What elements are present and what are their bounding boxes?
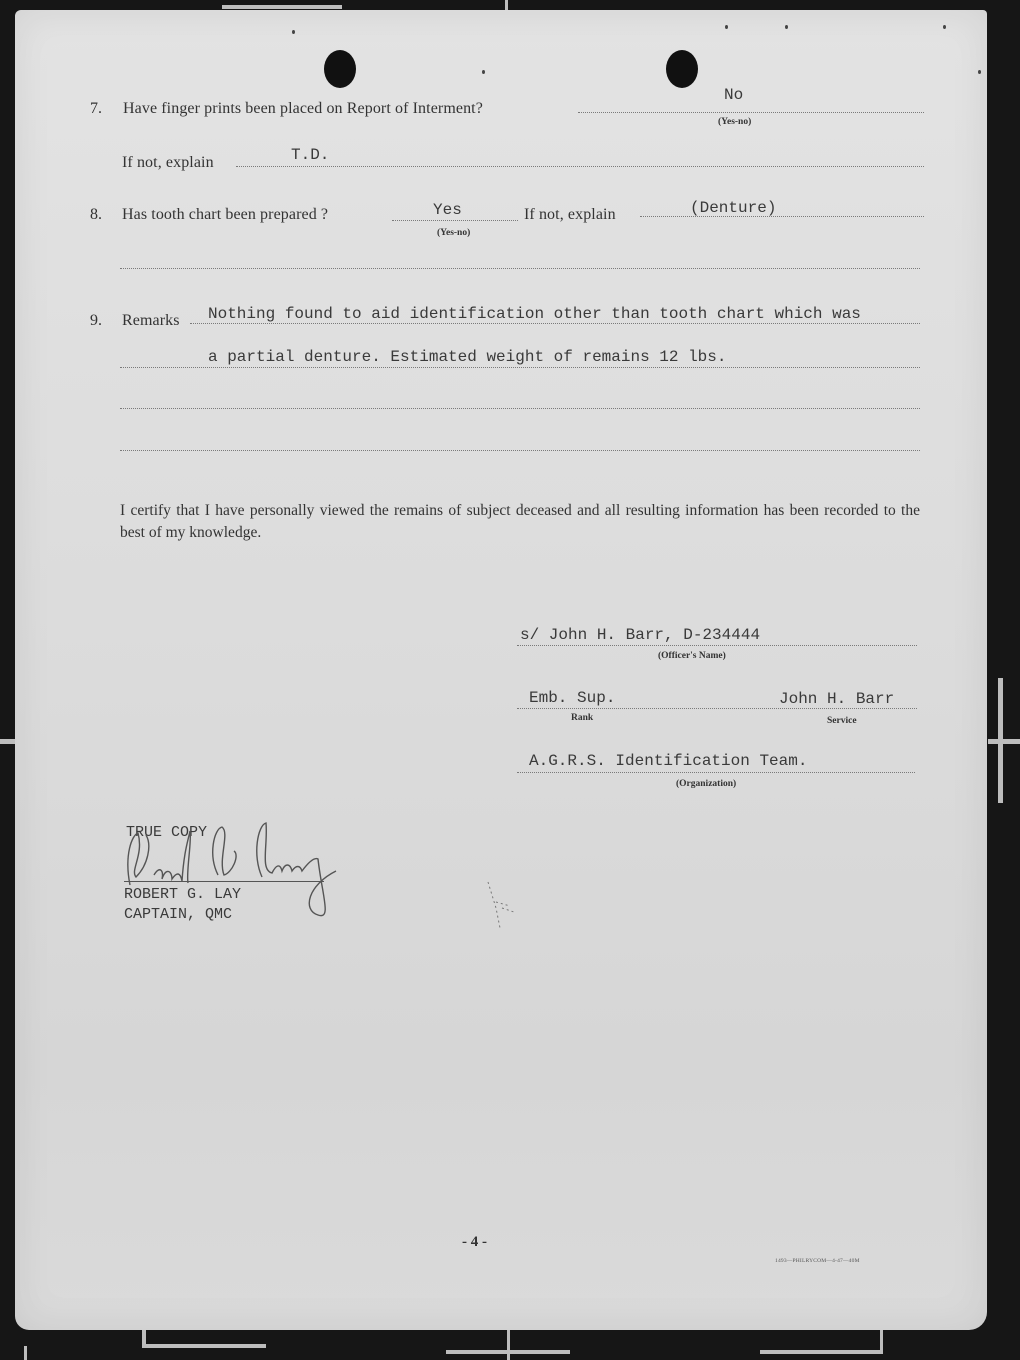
item-8-answer[interactable]: Yes	[433, 201, 462, 219]
speck	[292, 30, 295, 34]
crop-mark	[760, 1350, 882, 1354]
service-label: Service	[827, 716, 857, 726]
remarks-line-1[interactable]: Nothing found to aid identification othe…	[208, 305, 861, 323]
speck	[785, 25, 788, 29]
item-7-question: Have finger prints been placed on Report…	[123, 100, 483, 118]
certification-text: I certify that I have personally viewed …	[120, 500, 920, 544]
item-7-explain-line	[236, 166, 924, 167]
punch-hole	[666, 50, 698, 88]
speck	[482, 70, 485, 74]
crop-mark	[24, 1346, 27, 1360]
rank-label: Rank	[571, 713, 593, 723]
organization-value[interactable]: A.G.R.S. Identification Team.	[529, 752, 807, 770]
item-8-answer-line	[392, 220, 518, 221]
crop-mark	[505, 0, 508, 10]
organization-label: (Organization)	[676, 779, 736, 789]
service-value[interactable]: John H. Barr	[779, 690, 894, 708]
page-number: - 4 -	[462, 1234, 487, 1251]
organization-line	[517, 772, 915, 773]
remarks-rule-1	[190, 323, 920, 324]
officer-name-value[interactable]: s/ John H. Barr, D-234444	[520, 626, 760, 644]
item-8-explain-line	[640, 216, 924, 217]
remarks-rule-4	[120, 450, 920, 451]
remarks-rule-3	[120, 408, 920, 409]
item-9-number: 9.	[90, 312, 102, 330]
item-8-explain-value[interactable]: (Denture)	[690, 199, 776, 217]
rank-service-line	[517, 708, 917, 709]
remarks-line-2[interactable]: a partial denture. Estimated weight of r…	[208, 348, 726, 366]
officer-name-line	[517, 645, 917, 646]
true-copy-title: CAPTAIN, QMC	[124, 906, 232, 923]
item-7-answer-hint: (Yes-no)	[718, 117, 751, 127]
crop-mark	[998, 678, 1003, 803]
item-7-number: 7.	[90, 100, 102, 118]
speck	[943, 25, 946, 29]
remarks-rule-2	[120, 367, 920, 368]
item-7-answer[interactable]: No	[724, 86, 743, 104]
speck	[978, 70, 981, 74]
item-8-question: Has tooth chart been prepared ?	[122, 206, 328, 224]
pencil-mark	[482, 878, 532, 938]
item-7-explain-label: If not, explain	[122, 154, 214, 172]
item-8-answer-hint: (Yes-no)	[437, 228, 470, 238]
speck	[725, 25, 728, 29]
print-code: 1493—PHILRYCOM—4-47—40M	[775, 1258, 860, 1264]
crop-mark	[988, 739, 1020, 744]
punch-hole	[324, 50, 356, 88]
item-8-explain-label: If not, explain	[524, 206, 616, 224]
item-7-answer-line	[578, 112, 924, 113]
item-9-label: Remarks	[122, 312, 180, 330]
crop-mark	[222, 5, 342, 9]
item-7-explain-value[interactable]: T.D.	[291, 146, 329, 164]
rank-value[interactable]: Emb. Sup.	[529, 689, 615, 707]
crop-mark	[0, 739, 16, 744]
true-copy-name: ROBERT G. LAY	[124, 886, 241, 903]
item-8-extra-line	[120, 268, 920, 269]
item-8-number: 8.	[90, 206, 102, 224]
officer-name-label: (Officer's Name)	[658, 651, 726, 661]
signature-rule	[124, 881, 324, 882]
crop-mark	[142, 1344, 266, 1348]
